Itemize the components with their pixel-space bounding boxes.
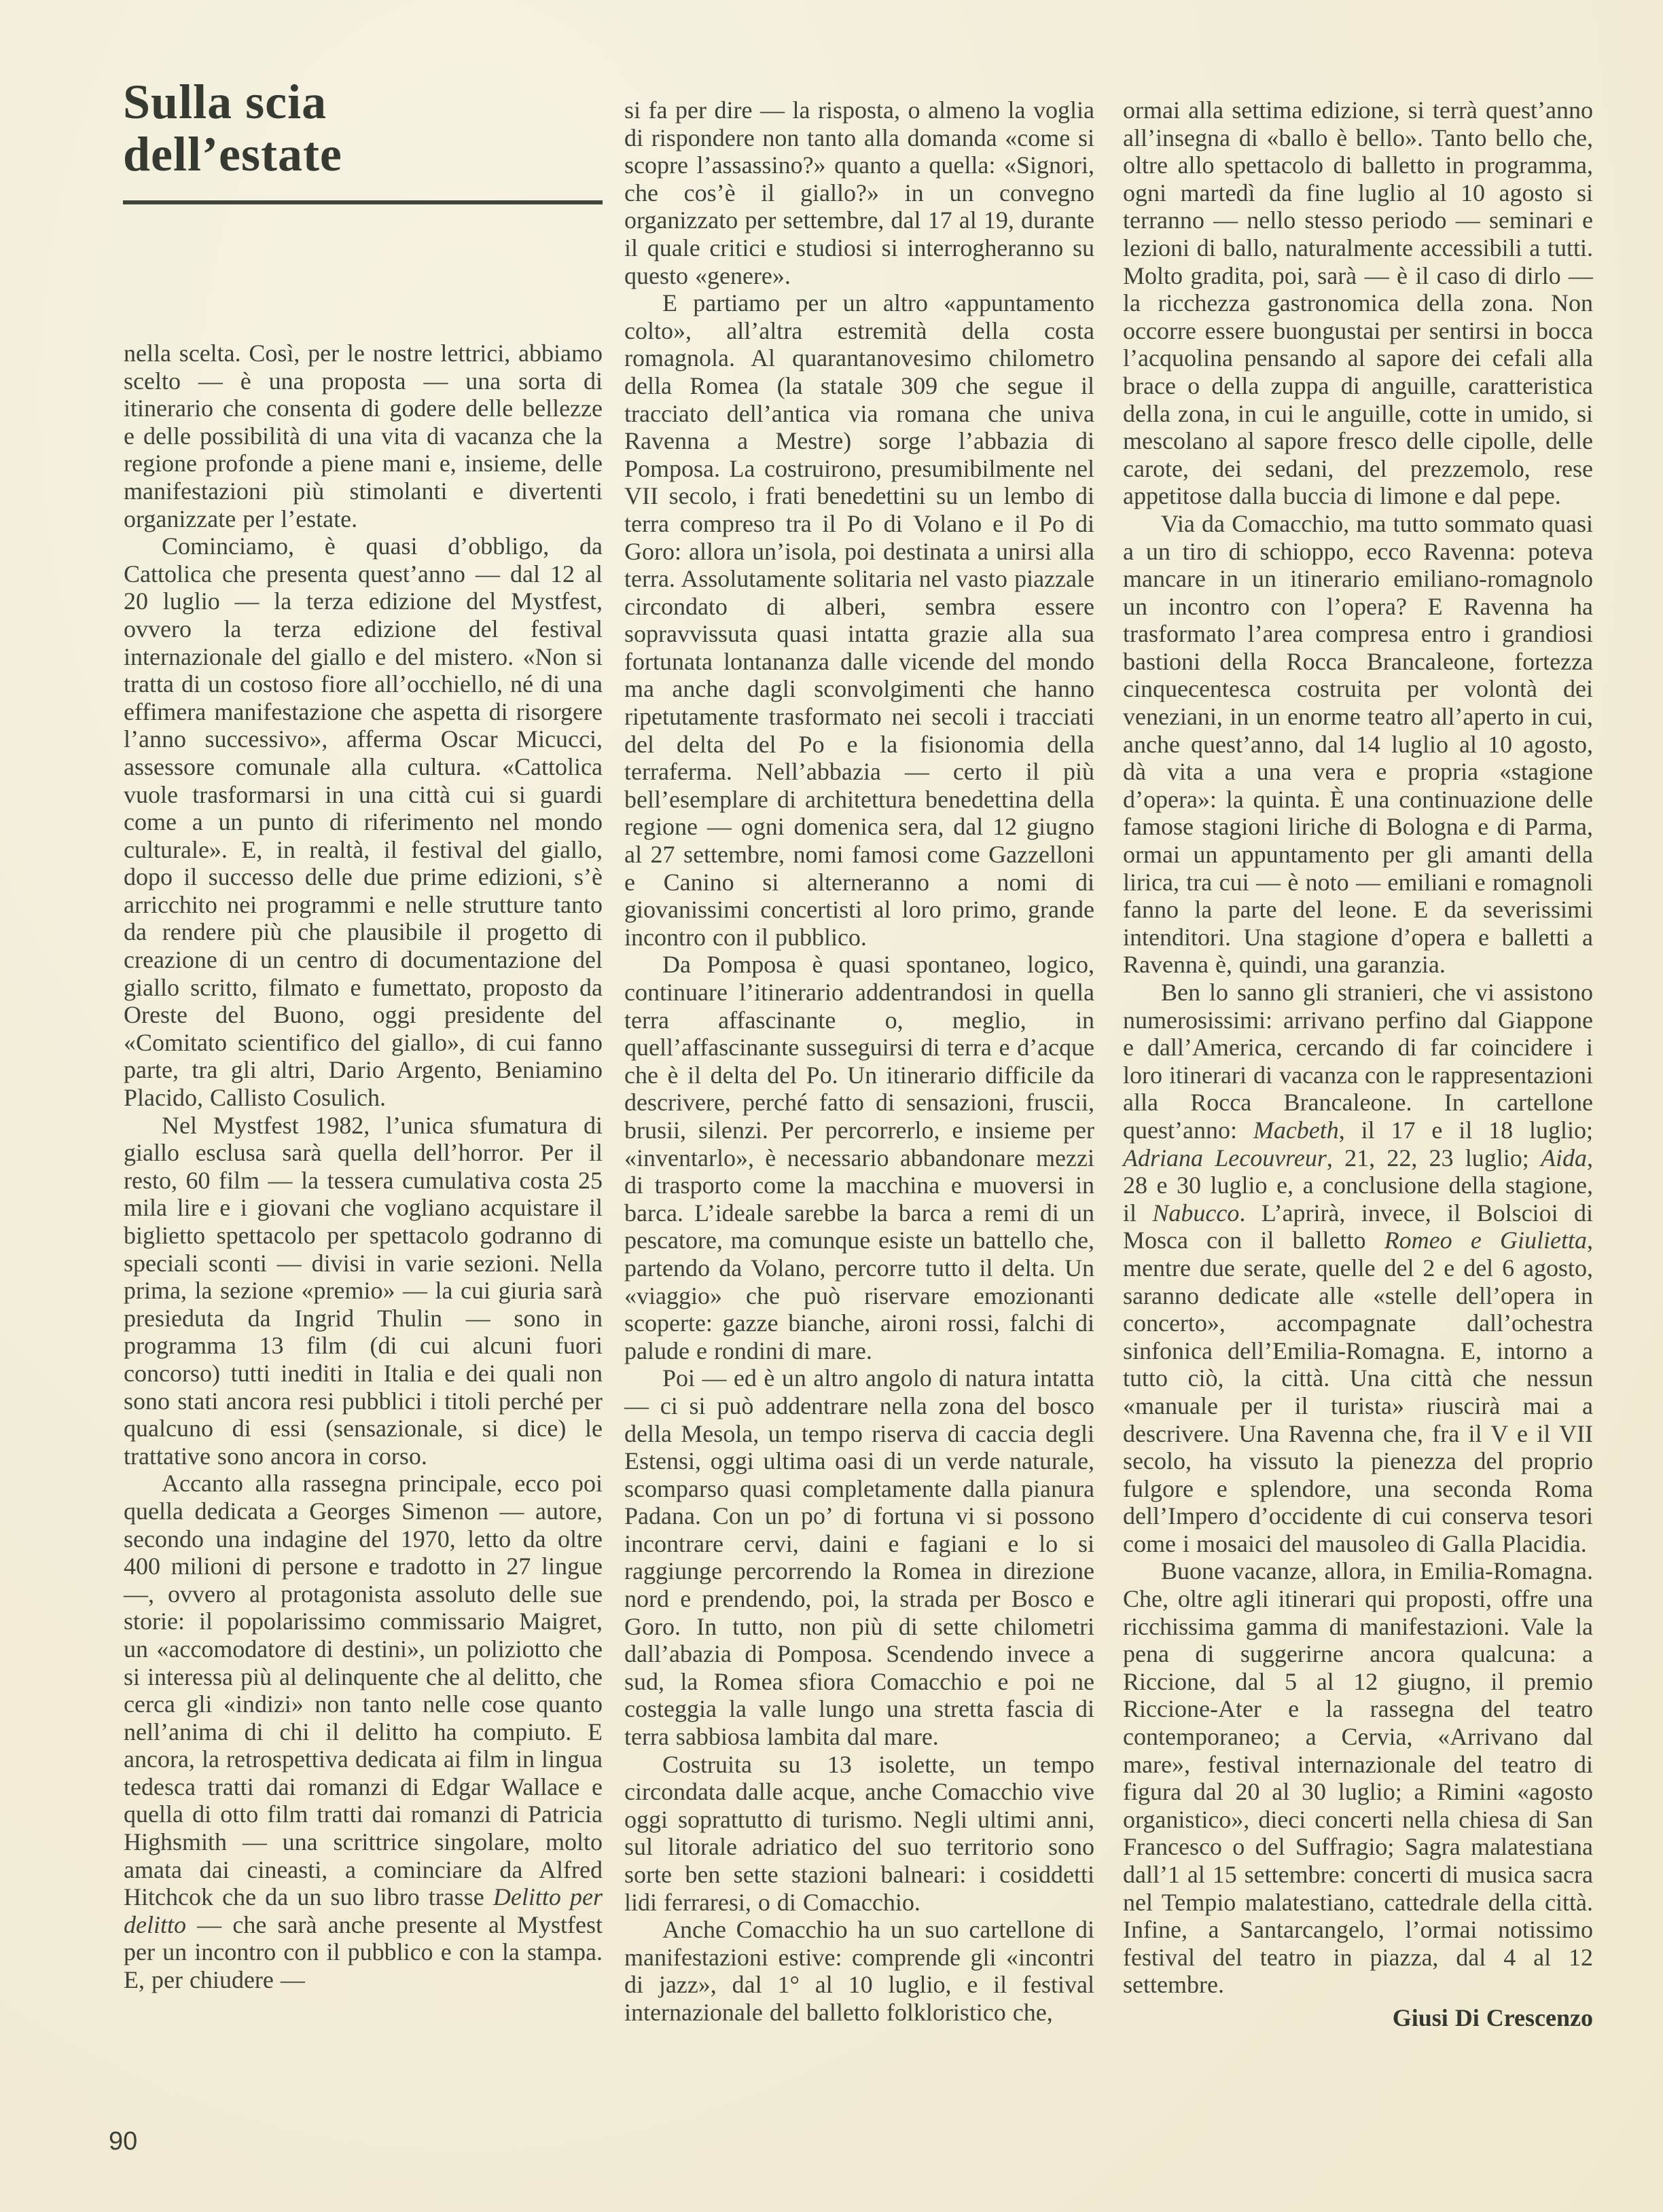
text-segment: Cominciamo, è quasi d’obbligo, da Cattol… — [124, 532, 603, 1111]
text-segment: Da Pomposa è quasi spontaneo, logico, co… — [624, 951, 1094, 1364]
text-segment: , il 17 e il 18 luglio; — [1339, 1117, 1593, 1144]
text-segment: Via da Comacchio, ma tutto sommato quasi… — [1123, 510, 1593, 979]
text-segment: si fa per dire — la risposta, o almeno l… — [624, 96, 1094, 289]
italic-text: Nabucco — [1152, 1199, 1239, 1227]
text-segment: E partiamo per un altro «appuntamento co… — [624, 289, 1094, 951]
italic-text: Adriana Lecouvreur — [1123, 1144, 1327, 1172]
paragraph: Costruita su 13 isolette, un tempo circo… — [624, 1751, 1094, 1917]
paragraph: Da Pomposa è quasi spontaneo, logico, co… — [624, 951, 1094, 1364]
paragraph: Cominciamo, è quasi d’obbligo, da Cattol… — [124, 532, 603, 1111]
paragraph: Via da Comacchio, ma tutto sommato quasi… — [1123, 510, 1593, 979]
text-column-1: nella scelta. Così, per le nostre lettri… — [124, 340, 603, 1994]
paragraph: Anche Comacchio ha un suo cartellone di … — [624, 1916, 1094, 2026]
text-segment: Nel Mystfest 1982, l’unica sfumatura di … — [124, 1112, 603, 1470]
text-segment: — che sarà anche presente al Mystfest pe… — [124, 1911, 603, 1993]
article-title-line-1: Sulla scia — [123, 76, 342, 128]
text-segment: Anche Comacchio ha un suo cartellone di … — [624, 1916, 1094, 2026]
text-segment: Poi — ed è un altro angolo di natura int… — [624, 1364, 1094, 1750]
text-segment: Buone vacanze, allora, in Emilia-Romagna… — [1123, 1557, 1593, 1998]
italic-text: Romeo e Giulietta — [1384, 1227, 1587, 1254]
text-segment: Costruita su 13 isolette, un tempo circo… — [624, 1751, 1094, 1916]
text-segment: , mentre due serate, quelle del 2 e del … — [1123, 1227, 1593, 1557]
text-column-2: si fa per dire — la risposta, o almeno l… — [624, 96, 1094, 2027]
paragraph: Nel Mystfest 1982, l’unica sfumatura di … — [124, 1112, 603, 1470]
paragraph: ormai alla settima edizione, si terrà qu… — [1123, 96, 1593, 510]
paragraph: E partiamo per un altro «appuntamento co… — [624, 289, 1094, 951]
paragraph: nella scelta. Così, per le nostre lettri… — [124, 340, 603, 532]
text-segment: nella scelta. Così, per le nostre lettri… — [124, 340, 603, 532]
text-segment: Accanto alla rassegna principale, ecco p… — [124, 1470, 603, 1910]
text-segment: , 21, 22, 23 luglio; — [1327, 1144, 1541, 1172]
title-divider-rule — [123, 200, 603, 204]
author-byline: Giusi Di Crescenzo — [1123, 2004, 1593, 2032]
article-title: Sulla scia dell’estate — [123, 76, 342, 181]
magazine-page: Sulla scia dell’estate nella scelta. Cos… — [0, 0, 1663, 2212]
text-column-3: ormai alla settima edizione, si terrà qu… — [1123, 96, 1593, 2032]
article-title-line-2: dell’estate — [123, 128, 342, 181]
paragraph: Accanto alla rassegna principale, ecco p… — [124, 1470, 603, 1993]
text-segment: ormai alla settima edizione, si terrà qu… — [1123, 96, 1593, 509]
paragraph: Ben lo sanno gli stranieri, che vi assis… — [1123, 979, 1593, 1557]
paragraph: Poi — ed è un altro angolo di natura int… — [624, 1364, 1094, 1750]
italic-text: Macbeth — [1253, 1117, 1339, 1144]
paragraph: Buone vacanze, allora, in Emilia-Romagna… — [1123, 1557, 1593, 1999]
paragraph: si fa per dire — la risposta, o almeno l… — [624, 96, 1094, 289]
italic-text: Aida — [1541, 1144, 1587, 1172]
page-number: 90 — [109, 2127, 137, 2156]
